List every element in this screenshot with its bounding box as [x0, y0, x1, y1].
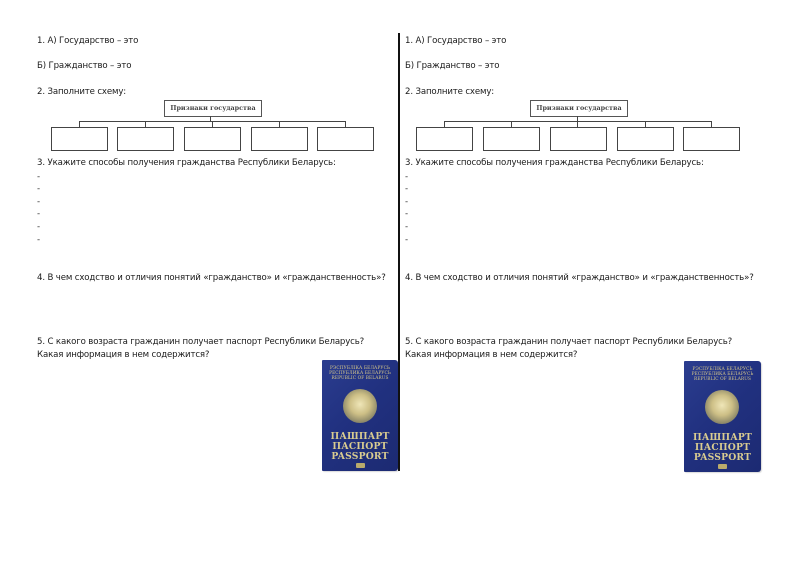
coat-of-arms-icon — [343, 389, 377, 423]
question-3: 3. Укажите способы получения гражданства… — [37, 157, 336, 170]
question-3: 3. Укажите способы получения гражданства… — [405, 157, 704, 170]
diagram-answer-box-3[interactable] — [550, 127, 607, 151]
diagram-answer-box-2[interactable] — [117, 127, 174, 151]
answer-dash: - — [37, 208, 40, 220]
diagram-connector — [444, 121, 712, 122]
biometric-chip-icon — [356, 463, 365, 468]
answer-dash: - — [405, 221, 408, 233]
worksheet-page: 1. А) Государство – это Б) Гражданство –… — [0, 0, 800, 566]
biometric-chip-icon — [718, 464, 727, 469]
diagram-root-box: Признаки государства — [530, 100, 628, 117]
state-features-diagram: Признаки государства — [405, 0, 775, 160]
diagram-answer-box-4[interactable] — [251, 127, 308, 151]
question-5: 5. С какого возраста гражданин получает … — [405, 336, 757, 361]
question-4: 4. В чем сходство и отличия понятий «гра… — [405, 272, 754, 285]
worksheet-column-right: 1. А) Государство – это Б) Гражданство –… — [405, 0, 775, 566]
diagram-answer-box-4[interactable] — [617, 127, 674, 151]
diagram-answer-box-1[interactable] — [51, 127, 108, 151]
diagram-answer-box-5[interactable] — [683, 127, 740, 151]
answer-dash: - — [37, 171, 40, 183]
passport-title-en: PASSPORT — [684, 453, 761, 463]
answer-dash: - — [405, 208, 408, 220]
answer-dash: - — [37, 234, 40, 246]
passport-image: РЭСПУБЛІКА БЕЛАРУСЬ РЕСПУБЛИКА БЕЛАРУСЬ … — [322, 360, 398, 471]
coat-of-arms-icon — [705, 390, 739, 424]
state-features-diagram: Признаки государства — [37, 0, 407, 160]
passport-header-en: REPUBLIC OF BELARUS — [684, 377, 761, 382]
diagram-root-box: Признаки государства — [164, 100, 262, 117]
answer-dash: - — [37, 183, 40, 195]
answer-dash: - — [405, 234, 408, 246]
question-4: 4. В чем сходство и отличия понятий «гра… — [37, 272, 386, 285]
column-divider — [398, 33, 400, 471]
diagram-answer-box-3[interactable] — [184, 127, 241, 151]
answer-dash: - — [37, 221, 40, 233]
answer-dash: - — [405, 171, 408, 183]
question-5: 5. С какого возраста гражданин получает … — [37, 336, 389, 361]
worksheet-column-left: 1. А) Государство – это Б) Гражданство –… — [37, 0, 407, 566]
passport-header-en: REPUBLIC OF BELARUS — [322, 376, 398, 381]
diagram-answer-box-5[interactable] — [317, 127, 374, 151]
answer-dash: - — [37, 196, 40, 208]
answer-dash: - — [405, 196, 408, 208]
diagram-answer-box-2[interactable] — [483, 127, 540, 151]
answer-dash: - — [405, 183, 408, 195]
passport-image: РЭСПУБЛІКА БЕЛАРУСЬ РЕСПУБЛИКА БЕЛАРУСЬ … — [684, 361, 761, 472]
diagram-answer-box-1[interactable] — [416, 127, 473, 151]
passport-title-en: PASSPORT — [322, 452, 398, 462]
